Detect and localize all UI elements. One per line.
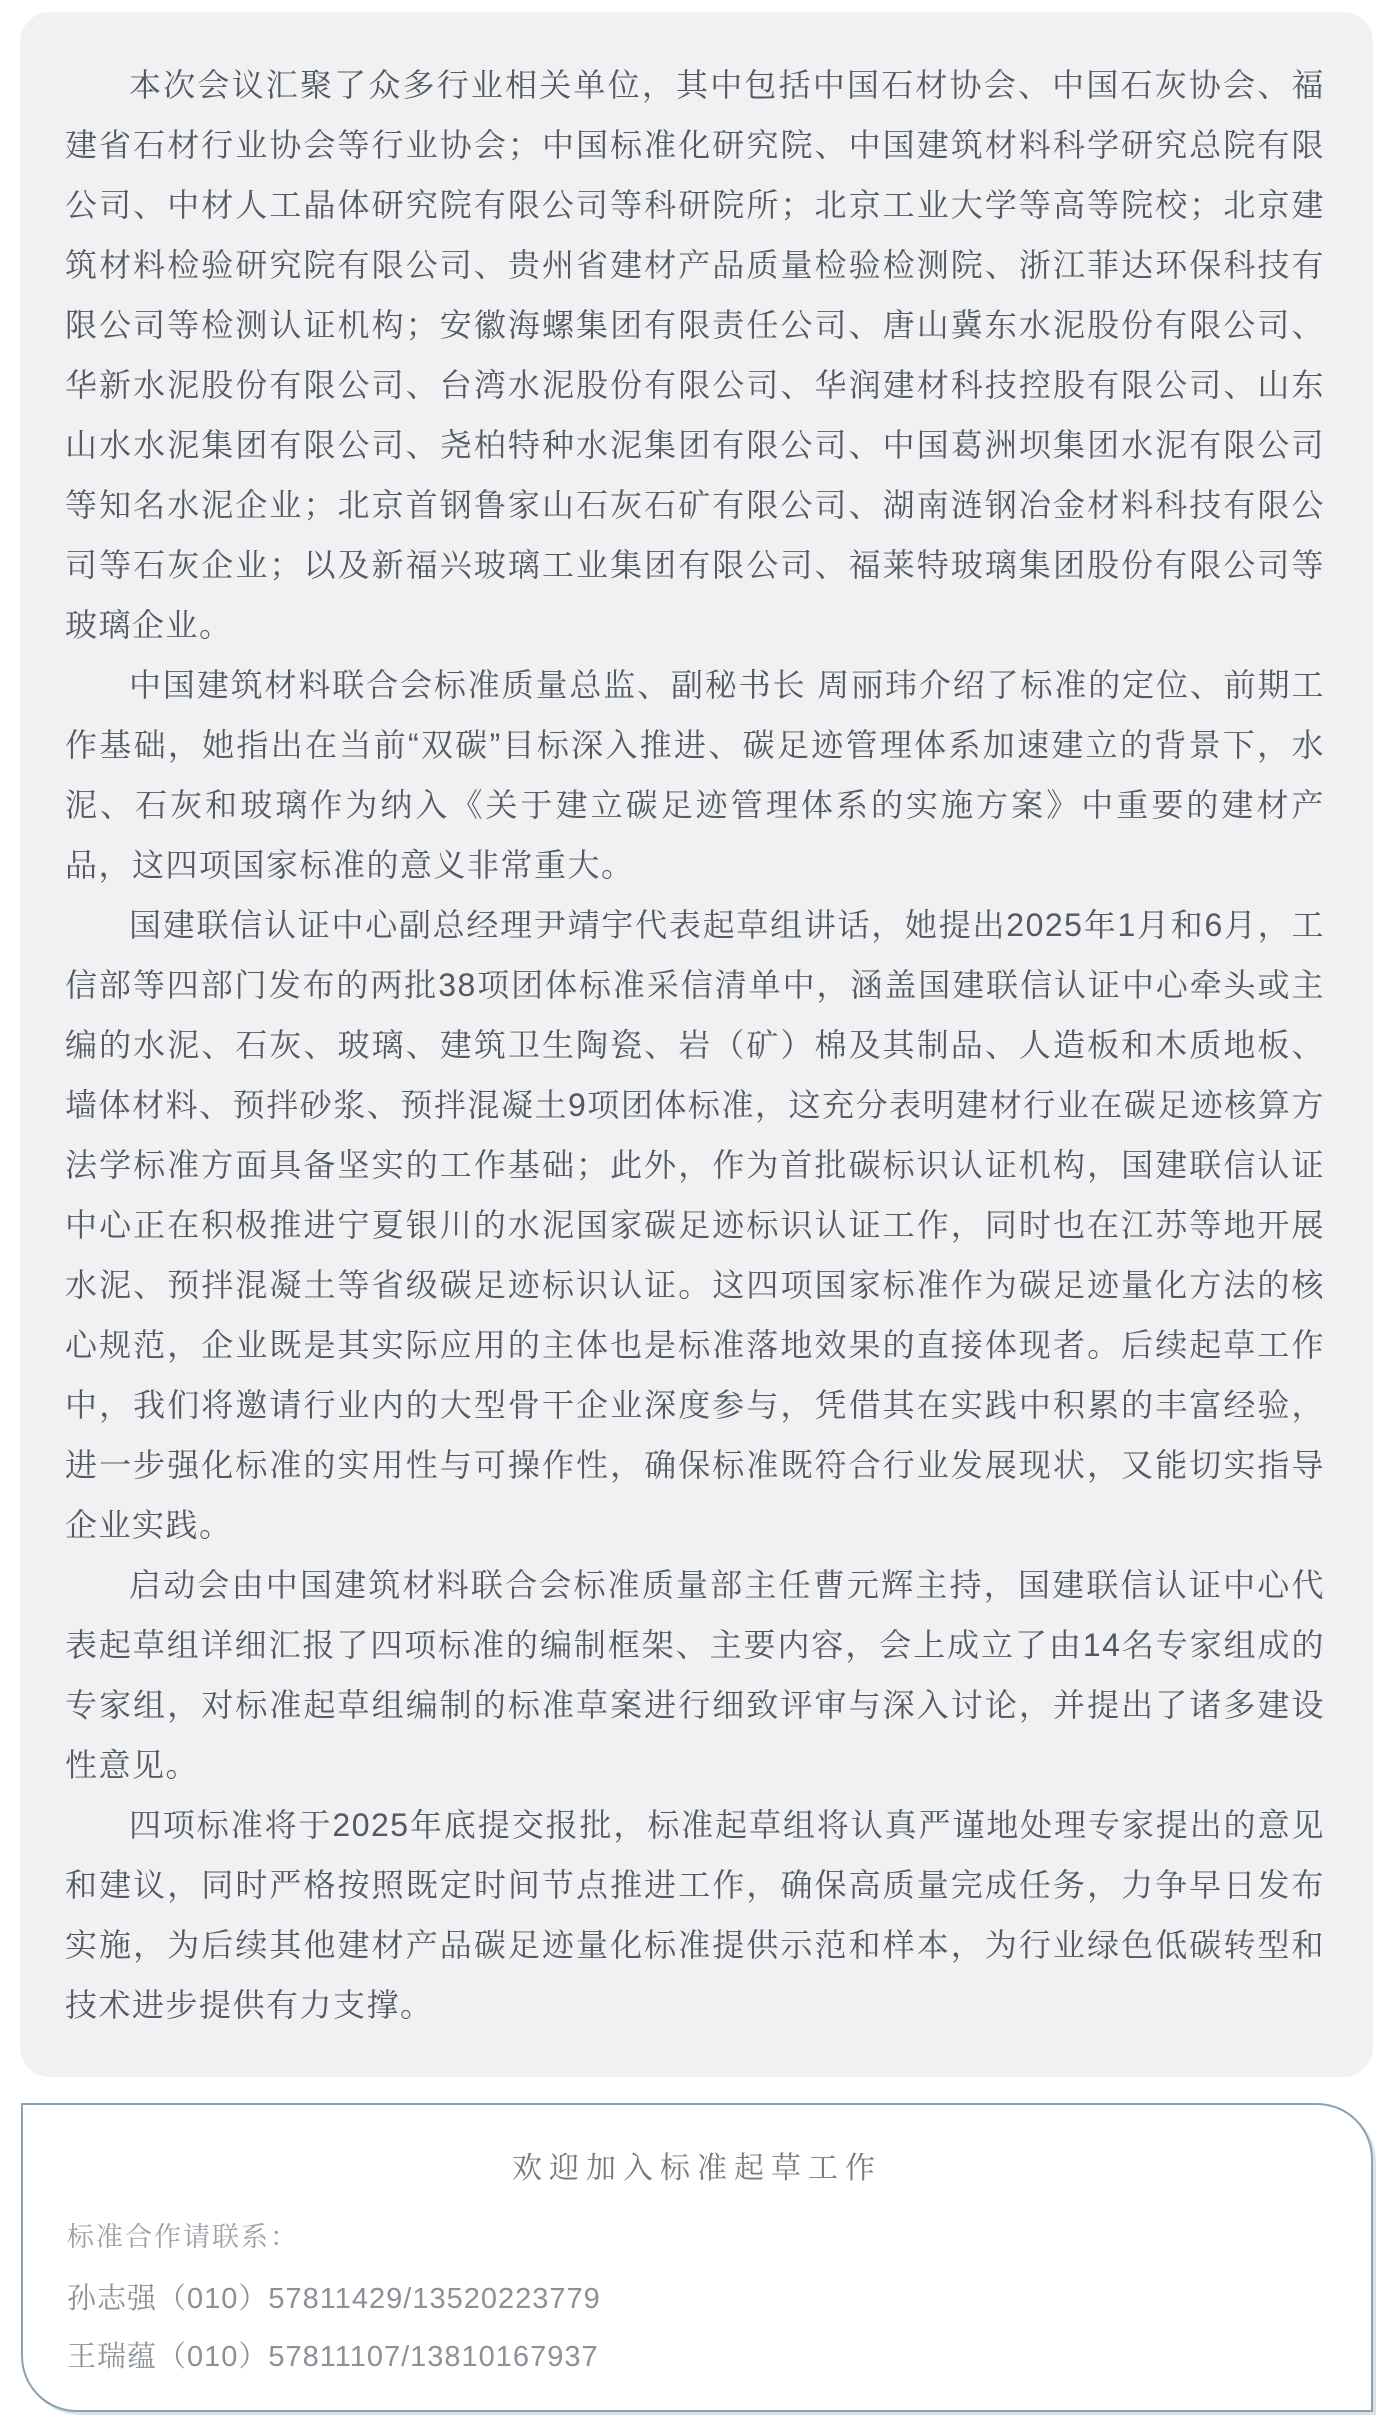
article-paragraph: 中国建筑材料联合会标准质量总监、副秘书长 周丽玮介绍了标准的定位、前期工作基础，… <box>65 655 1325 895</box>
contact-line: 孙志强（010）57811429/13520223779 <box>67 2281 1371 2317</box>
article-paragraph: 四项标准将于2025年底提交报批，标准起草组将认真严谨地处理专家提出的意见和建议… <box>65 1795 1325 2035</box>
article-card: 本次会议汇聚了众多行业相关单位，其中包括中国石材协会、中国石灰协会、福建省石材行… <box>20 12 1373 2077</box>
contact-card: 欢迎加入标准起草工作 标准合作请联系： 孙志强（010）57811429/135… <box>21 2103 1373 2412</box>
article-paragraph: 国建联信认证中心副总经理尹靖宇代表起草组讲话，她提出2025年1月和6月，工信部… <box>65 895 1325 1555</box>
article-paragraph: 本次会议汇聚了众多行业相关单位，其中包括中国石材协会、中国石灰协会、福建省石材行… <box>65 55 1325 655</box>
contact-card-title: 欢迎加入标准起草工作 <box>23 2149 1371 2189</box>
article-paragraph: 启动会由中国建筑材料联合会标准质量部主任曹元辉主持，国建联信认证中心代表起草组详… <box>65 1555 1325 1795</box>
contact-label: 标准合作请联系： <box>67 2219 1371 2255</box>
contact-line: 王瑞蕴（010）57811107/13810167937 <box>67 2339 1371 2375</box>
